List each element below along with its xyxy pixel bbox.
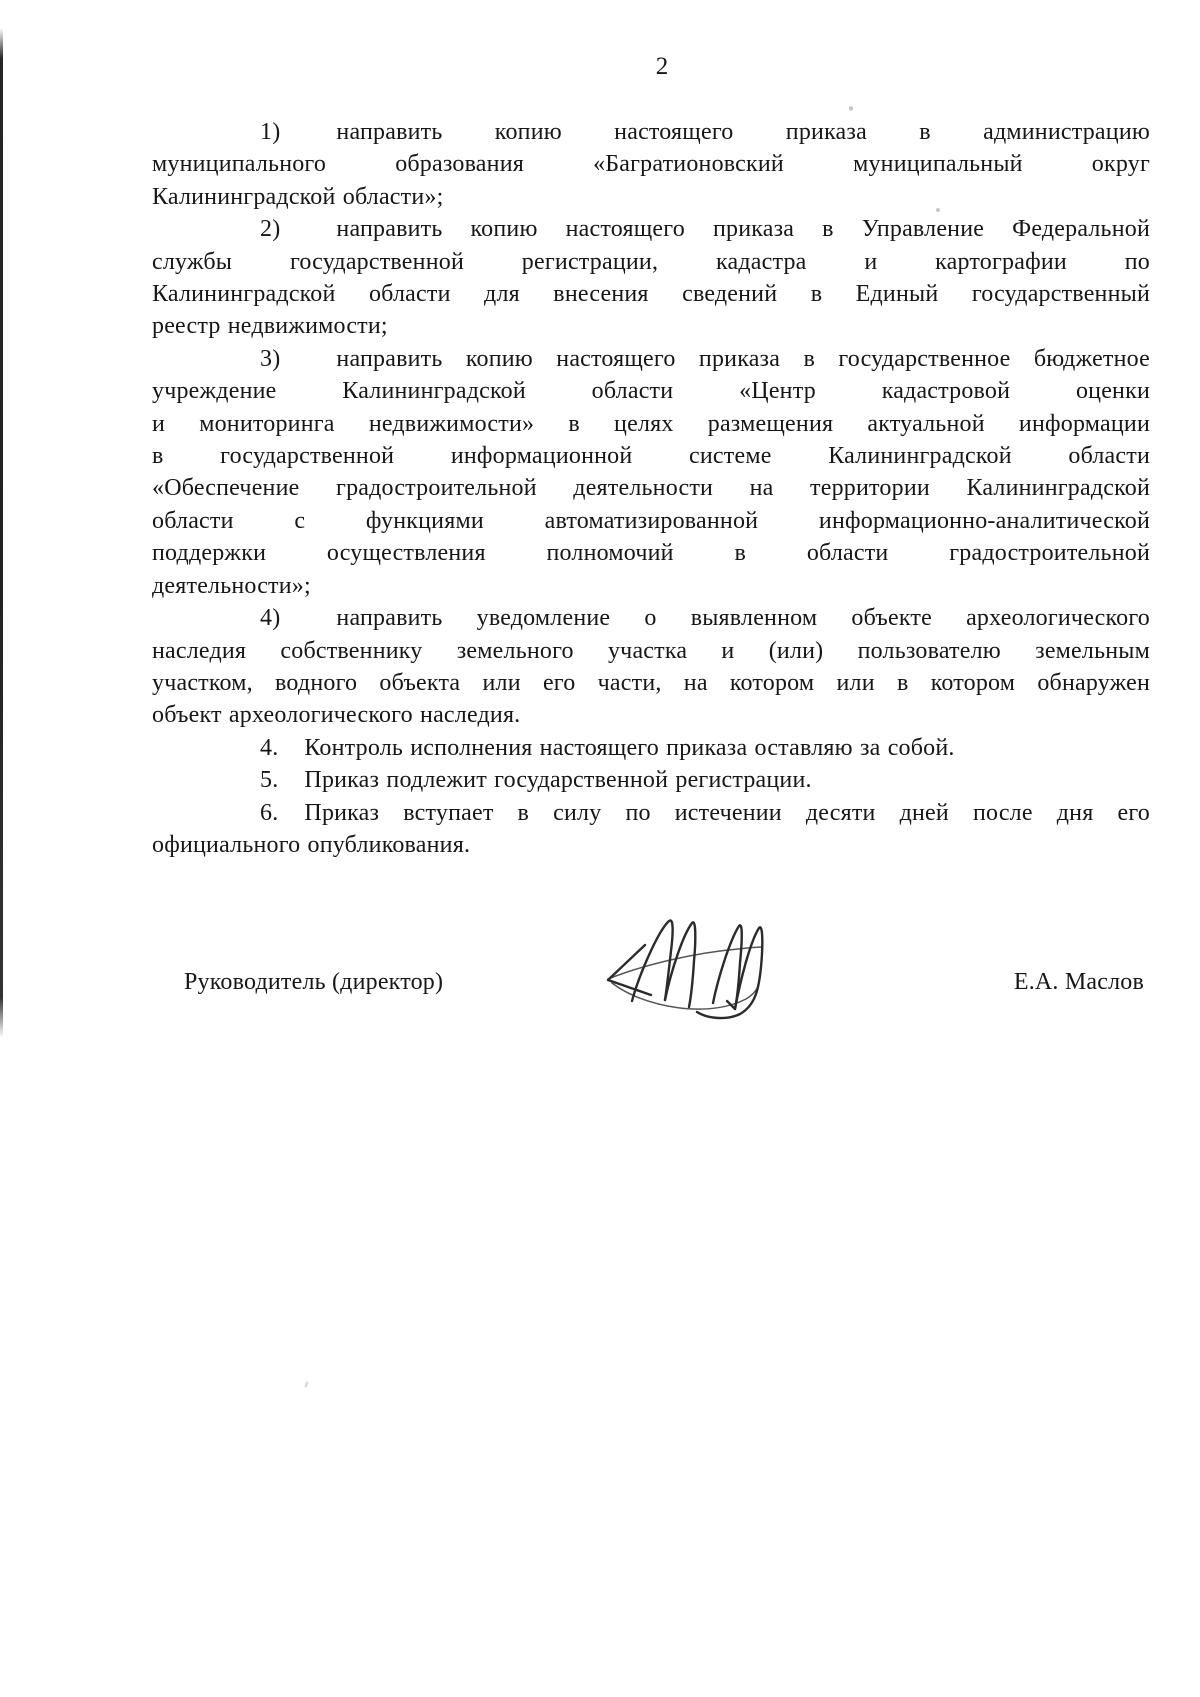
list-marker: 2) — [260, 216, 280, 242]
scan-speck — [849, 106, 853, 111]
list-marker: 3) — [260, 346, 280, 372]
line-text: Приказ вступает в силу по истечении деся… — [304, 800, 1150, 826]
signatory-position: Руководитель (директор) — [152, 966, 443, 999]
list-marker: 5. — [260, 767, 278, 793]
scan-speck — [304, 1381, 309, 1389]
document-body: 1)направить копию настоящего приказа в а… — [152, 116, 1150, 861]
paragraph: 4)направить уведомление о выявленном объ… — [152, 602, 1150, 732]
text-line: Калининградской области»; — [152, 181, 1150, 213]
line-text: направить копию настоящего приказа в Упр… — [336, 216, 1150, 242]
paragraph: 5.Приказ подлежит государственной регист… — [152, 764, 1150, 796]
text-line: муниципального образования «Багратионовс… — [152, 148, 1150, 180]
page-number: 2 — [152, 50, 1150, 83]
text-line: 4)направить уведомление о выявленном объ… — [152, 602, 1150, 634]
text-line: Калининградской области для внесения све… — [152, 278, 1150, 310]
line-text: Контроль исполнения настоящего приказа о… — [304, 735, 954, 761]
text-line: 1)направить копию настоящего приказа в а… — [152, 116, 1150, 148]
scan-edge-artifact — [0, 28, 3, 1038]
text-line: учреждение Калининградской области «Цент… — [152, 375, 1150, 407]
text-line: 6.Приказ вступает в силу по истечении де… — [152, 797, 1150, 829]
text-line: службы государственной регистрации, када… — [152, 246, 1150, 278]
document-page: 2 1)направить копию настоящего приказа в… — [0, 0, 1200, 1697]
line-text: направить уведомление о выявленном объек… — [336, 605, 1150, 631]
paragraph: 3)направить копию настоящего приказа в г… — [152, 343, 1150, 602]
text-line: 3)направить копию настоящего приказа в г… — [152, 343, 1150, 375]
list-marker: 6. — [260, 800, 278, 826]
handwritten-signature-icon — [588, 891, 778, 1026]
paragraph: 2)направить копию настоящего приказа в У… — [152, 213, 1150, 343]
text-line: наследия собственнику земельного участка… — [152, 635, 1150, 667]
paragraph: 1)направить копию настоящего приказа в а… — [152, 116, 1150, 213]
text-line: и мониторинга недвижимости» в целях разм… — [152, 408, 1150, 440]
text-line: участком, водного объекта или его части,… — [152, 667, 1150, 699]
paragraph: 4.Контроль исполнения настоящего приказа… — [152, 732, 1150, 764]
list-marker: 4) — [260, 605, 280, 631]
line-text: Приказ подлежит государственной регистра… — [304, 767, 811, 793]
text-line: деятельности»; — [152, 570, 1150, 602]
text-line: 2)направить копию настоящего приказа в У… — [152, 213, 1150, 245]
text-line: объект археологического наследия. — [152, 699, 1150, 731]
signatory-name: Е.А. Маслов — [1014, 966, 1144, 999]
text-line: 4.Контроль исполнения настоящего приказа… — [152, 732, 1150, 764]
list-marker: 4. — [260, 735, 278, 761]
text-line: в государственной информационной системе… — [152, 440, 1150, 472]
line-text: направить копию настоящего приказа в адм… — [336, 119, 1150, 145]
line-text: направить копию настоящего приказа в гос… — [336, 346, 1150, 372]
text-line: «Обеспечение градостроительной деятельно… — [152, 472, 1150, 504]
list-marker: 1) — [260, 119, 280, 145]
text-line: 5.Приказ подлежит государственной регист… — [152, 764, 1150, 796]
text-line: официального опубликования. — [152, 829, 1150, 861]
text-line: поддержки осуществления полномочий в обл… — [152, 537, 1150, 569]
text-line: области с функциями автоматизированной и… — [152, 505, 1150, 537]
text-line: реестр недвижимости; — [152, 310, 1150, 342]
paragraph: 6.Приказ вступает в силу по истечении де… — [152, 797, 1150, 862]
